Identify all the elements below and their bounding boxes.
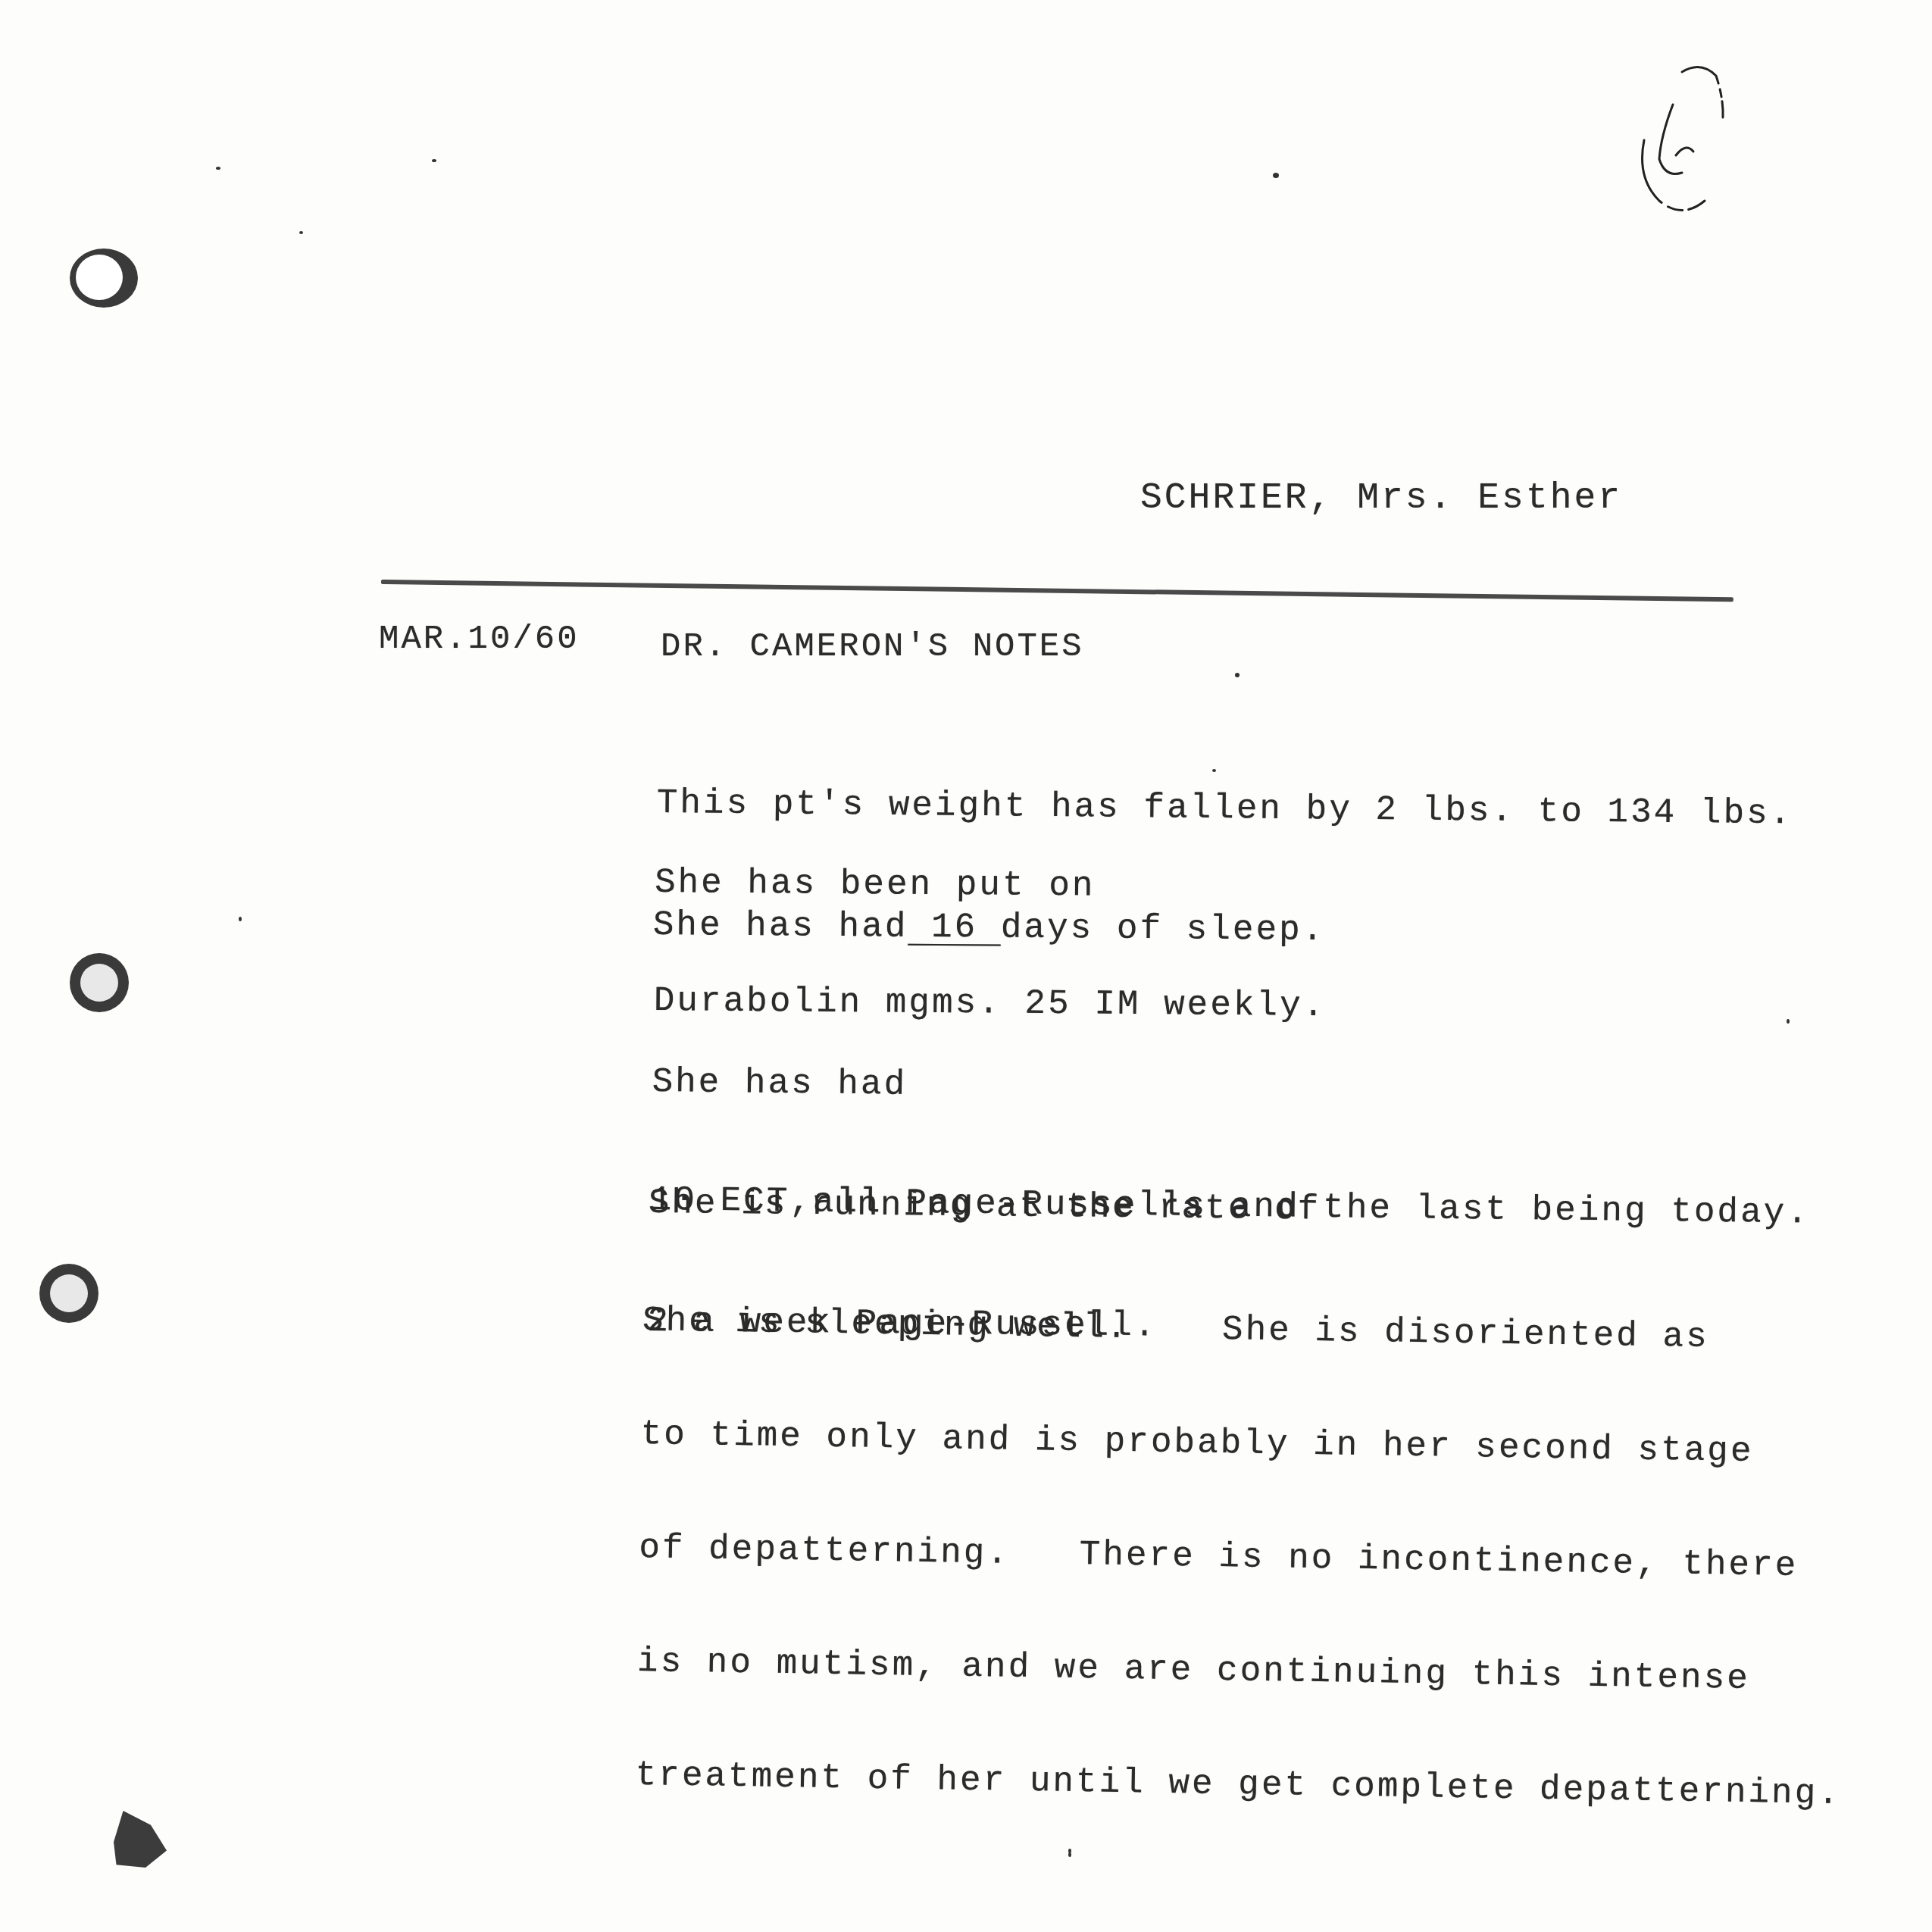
sleep-days-count: 16 bbox=[908, 908, 1001, 948]
text-line: She is running at the rate of bbox=[649, 1183, 1321, 1230]
paragraph-sleep-days: She has had 16 days of sleep. bbox=[653, 905, 1326, 950]
text-line: She is sleeping well. She is disoriented… bbox=[642, 1302, 1849, 1358]
scan-speck bbox=[299, 231, 303, 234]
notes-heading: DR. CAMERON'S NOTES bbox=[661, 627, 1084, 667]
punch-hole-torn bbox=[114, 1811, 167, 1868]
punch-hole bbox=[39, 1264, 98, 1323]
scan-speck bbox=[432, 159, 436, 162]
scan-speck bbox=[239, 917, 242, 921]
text-line: treatment of her until we get complete d… bbox=[635, 1756, 1841, 1813]
scan-speck bbox=[1212, 769, 1216, 772]
paragraph-status: She is sleeping well. She is disoriented… bbox=[634, 1226, 1850, 1889]
handwritten-page-number: 6 bbox=[1629, 45, 1743, 227]
text-line: is no mutism, and we are continuing this… bbox=[637, 1643, 1843, 1699]
scan-speck bbox=[1787, 1019, 1790, 1024]
punch-hole bbox=[70, 953, 129, 1012]
scanned-page: 6 SCHRIER, Mrs. Esther MAR.10/60 DR. CAM… bbox=[0, 0, 1932, 1932]
text-fragment: She has had bbox=[653, 905, 908, 947]
text-fragment: days of sleep. bbox=[1001, 908, 1326, 950]
scan-speck bbox=[1068, 1852, 1071, 1857]
punch-hole bbox=[70, 249, 138, 308]
patient-name: SCHRIER, Mrs. Esther bbox=[1140, 479, 1622, 518]
scan-speck bbox=[1273, 173, 1279, 178]
text-line: to time only and is probably in her seco… bbox=[640, 1415, 1846, 1472]
text-line: She has been put on bbox=[655, 863, 1327, 908]
scan-speck bbox=[216, 167, 220, 170]
entry-date: MAR.10/60 bbox=[379, 620, 580, 659]
scan-speck bbox=[1235, 673, 1240, 677]
header-rule bbox=[381, 580, 1733, 602]
text-line: of depatterning. There is no incontinenc… bbox=[639, 1529, 1845, 1586]
